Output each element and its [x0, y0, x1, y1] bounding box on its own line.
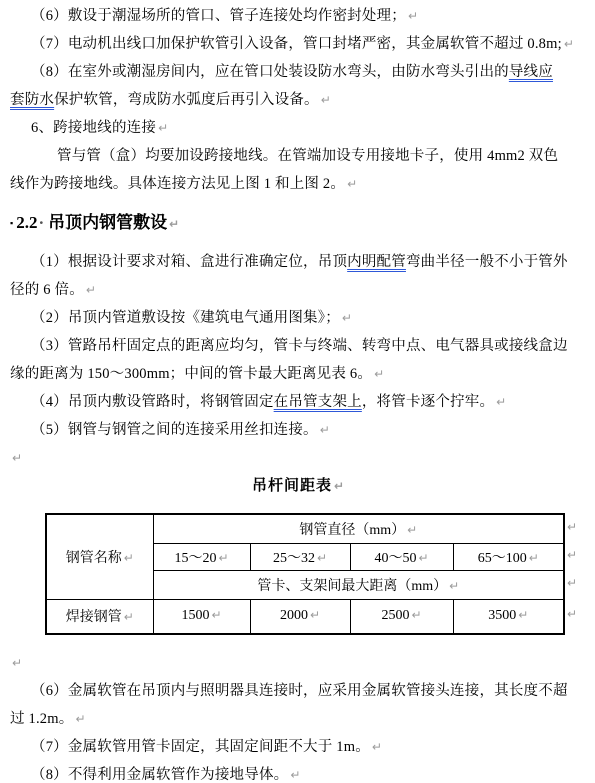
paragraph-return-mark: ↵: [408, 9, 418, 23]
row-end-mark: ↵: [567, 521, 577, 533]
paragraph-item8-bottom: （8）不得利用金属软管作为接地导体。↵: [10, 761, 587, 783]
item6-bottom-text-b: 过 1.2m。: [10, 711, 73, 727]
paragraph-item6-line1: （6）金属软管在吊顶内与照明器具连接时，应采用金属软管接头连接，其长度不超: [10, 677, 587, 705]
row-end-mark: ↵: [567, 549, 577, 561]
heading-title: 吊顶内钢管敷设: [48, 213, 167, 232]
paragraph-item7-bottom: （7）金属软管用管卡固定，其固定间距不大于 1m。↵: [10, 733, 587, 761]
cell-return-mark: ↵: [218, 551, 228, 565]
paragraph-item2: （2）吊顶内管道敷设按《建筑电气通用图集》；↵: [10, 304, 587, 332]
subheading-6-text: 6、跨接地线的连接: [31, 120, 156, 136]
underlined-phrase: 内明配管: [347, 254, 406, 270]
sub6-text-1: 管与管（盒）均要加设跨接地线。在管端加设专用接地卡子，使用 4mm2 双色: [57, 148, 558, 164]
paragraph-return-mark: ↵: [290, 768, 300, 782]
item6-text: （6）敷设于潮湿场所的管口、管子连接处均作密封处理；: [31, 8, 406, 24]
distance-value-cell: 1500↵: [153, 599, 250, 634]
item8-bottom-text: （8）不得利用金属软管作为接地导体。: [31, 767, 288, 783]
paragraph-return-mark: ↵: [342, 311, 352, 325]
distance-value-text: 2000: [280, 608, 308, 623]
item8-text-a: （8）在室外或潮湿房间内，应在管口处装设防水弯头，由防水弯头引出的: [31, 64, 509, 80]
distance-value-text: 2500: [381, 608, 409, 623]
square-bullet-icon: ▪: [10, 218, 13, 228]
corner-header-cell: 钢管名称↵: [46, 514, 153, 599]
hanger-spacing-table: 钢管名称↵ 钢管直径（mm）↵ 15～20↵ 25～32↵ 40～50↵ 65～…: [45, 513, 565, 635]
item6-bottom-text-a: （6）金属软管在吊顶内与照明器具连接时，应采用金属软管接头连接，其长度不超: [31, 683, 568, 699]
distance-header-text: 管卡、支架间最大距离（mm）: [257, 579, 447, 594]
corner-header-text: 钢管名称: [66, 551, 122, 566]
distance-value-cell: 3500↵: [453, 599, 564, 634]
item1-text-c: 径的 6 倍。: [10, 282, 84, 298]
cell-return-mark: ↵: [310, 608, 320, 622]
cell-return-mark: ↵: [449, 579, 459, 593]
distance-value-text: 3500: [488, 608, 516, 623]
cell-return-mark: ↵: [124, 610, 134, 624]
table-title-text: 吊杆间距表: [252, 478, 332, 494]
pipe-name-cell: 焊接钢管↵: [46, 599, 153, 634]
paragraph-item8-line1: （8）在室外或潮湿房间内，应在管口处装设防水弯头，由防水弯头引出的导线应: [10, 58, 587, 86]
diameter-range-text: 25～32: [273, 551, 315, 566]
distance-value-text: 1500: [181, 608, 209, 623]
item4-text-b: ，将管卡逐个拧牢。: [362, 394, 494, 410]
cell-return-mark: ↵: [411, 608, 421, 622]
diameter-range-cell: 25～32↵: [250, 543, 350, 570]
sub6-text-2: 线作为跨接地线。具体连接方法见上图 1 和上图 2。: [10, 176, 345, 192]
diameter-header-cell: 钢管直径（mm）↵: [153, 514, 564, 543]
pipe-name-text: 焊接钢管: [66, 610, 122, 625]
paragraph-item6-line2: 过 1.2m。↵: [10, 705, 587, 733]
paragraph-return-mark: ↵: [75, 712, 85, 726]
cell-return-mark: ↵: [317, 551, 327, 565]
table-row: 焊接钢管↵ 1500↵ 2000↵ 2500↵ 3500↵: [46, 599, 564, 634]
section-heading-2-2: ▪2.2·吊顶内钢管敷设↵: [10, 198, 587, 248]
underlined-phrase: 导线应: [509, 64, 553, 80]
cell-return-mark: ↵: [418, 551, 428, 565]
underlined-phrase: 在吊管支架上: [274, 394, 362, 410]
distance-value-cell: 2500↵: [350, 599, 453, 634]
paragraph-sub6-line1: 管与管（盒）均要加设跨接地线。在管端加设专用接地卡子，使用 4mm2 双色: [10, 142, 587, 170]
cell-return-mark: ↵: [407, 523, 417, 537]
empty-paragraph: ↵: [10, 649, 587, 677]
paragraph-return-mark: ↵: [320, 423, 330, 437]
paragraph-return-mark: ↵: [158, 121, 168, 135]
paragraph-return-mark: ↵: [347, 177, 357, 191]
paragraph-return-mark: ↵: [86, 283, 96, 297]
diameter-range-cell: 15～20↵: [153, 543, 250, 570]
row-end-mark: ↵: [567, 577, 577, 589]
diameter-range-text: 65～100: [478, 551, 527, 566]
underlined-phrase: 套防水: [10, 92, 54, 108]
paragraph-item1-line2: 径的 6 倍。↵: [10, 276, 587, 304]
paragraph-return-mark: ↵: [564, 37, 574, 51]
paragraph-return-mark: ↵: [12, 451, 22, 465]
item1-text-b: 弯曲半径一般不小于管外: [406, 254, 568, 270]
paragraph-return-mark: ↵: [321, 93, 331, 107]
paragraph-item5: （5）钢管与钢管之间的连接采用丝扣连接。↵: [10, 416, 587, 444]
cell-return-mark: ↵: [211, 608, 221, 622]
paragraph-return-mark: ↵: [334, 479, 345, 493]
subheading-6: 6、跨接地线的连接↵: [10, 114, 587, 142]
item3-text-b: 缘的距离为 150～300mm；中间的管卡最大距离见表 6。: [10, 366, 372, 382]
heading-number: 2.2: [16, 213, 37, 232]
item5-text: （5）钢管与钢管之间的连接采用丝扣连接。: [31, 422, 318, 438]
cell-return-mark: ↵: [124, 551, 134, 565]
diameter-range-text: 15～20: [174, 551, 216, 566]
paragraph-return-mark: ↵: [169, 217, 179, 231]
table-container: 钢管名称↵ 钢管直径（mm）↵ 15～20↵ 25～32↵ 40～50↵ 65～…: [10, 500, 587, 649]
paragraph-item1-line1: （1）根据设计要求对箱、盒进行准确定位，吊顶内明配管弯曲半径一般不小于管外: [10, 248, 587, 276]
diameter-header-text: 钢管直径（mm）: [299, 523, 405, 538]
paragraph-return-mark: ↵: [372, 740, 382, 754]
item3-text-a: （3）管路吊杆固定点的距离应均匀，管卡与终端、转弯中点、电气器具或接线盒边: [31, 338, 568, 354]
paragraph-item3-line2: 缘的距离为 150～300mm；中间的管卡最大距离见表 6。↵: [10, 360, 587, 388]
item4-text-a: （4）吊顶内敷设管路时，将钢管固定: [31, 394, 274, 410]
table-title: 吊杆间距表↵: [10, 472, 587, 500]
item7-bottom-text: （7）金属软管用管卡固定，其固定间距不大于 1m。: [31, 739, 370, 755]
paragraph-item8-line2: 套防水保护软管，弯成防水弧度后再引入设备。↵: [10, 86, 587, 114]
paragraph-item7-top: （7）电动机出线口加保护软管引入设备，管口封堵严密，其金属软管不超过 0.8m;…: [10, 30, 587, 58]
distance-header-cell: 管卡、支架间最大距离（mm）↵: [153, 570, 564, 599]
heading-separator-dot: ·: [38, 213, 44, 232]
cell-return-mark: ↵: [529, 551, 539, 565]
paragraph-item3-line1: （3）管路吊杆固定点的距离应均匀，管卡与终端、转弯中点、电气器具或接线盒边: [10, 332, 587, 360]
item7-text: （7）电动机出线口加保护软管引入设备，管口封堵严密，其金属软管不超过 0.8m;: [31, 36, 562, 52]
item2-text: （2）吊顶内管道敷设按《建筑电气通用图集》；: [31, 310, 340, 326]
document-page: （6）敷设于潮湿场所的管口、管子连接处均作密封处理；↵ （7）电动机出线口加保护…: [0, 0, 595, 783]
table-row: 钢管名称↵ 钢管直径（mm）↵: [46, 514, 564, 543]
paragraph-sub6-line2: 线作为跨接地线。具体连接方法见上图 1 和上图 2。↵: [10, 170, 587, 198]
paragraph-item4: （4）吊顶内敷设管路时，将钢管固定在吊管支架上，将管卡逐个拧牢。↵: [10, 388, 587, 416]
item1-text-a: （1）根据设计要求对箱、盒进行准确定位，吊顶: [31, 254, 347, 270]
distance-value-cell: 2000↵: [250, 599, 350, 634]
cell-return-mark: ↵: [518, 608, 528, 622]
empty-paragraph: ↵: [10, 444, 587, 472]
paragraph-item6-top: （6）敷设于潮湿场所的管口、管子连接处均作密封处理；↵: [10, 2, 587, 30]
paragraph-return-mark: ↵: [374, 367, 384, 381]
row-end-mark: ↵: [567, 608, 577, 620]
item8-text-b: 保护软管，弯成防水弧度后再引入设备。: [54, 92, 319, 108]
diameter-range-cell: 65～100↵: [453, 543, 564, 570]
diameter-range-text: 40～50: [374, 551, 416, 566]
diameter-range-cell: 40～50↵: [350, 543, 453, 570]
paragraph-return-mark: ↵: [496, 395, 506, 409]
paragraph-return-mark: ↵: [12, 656, 22, 670]
